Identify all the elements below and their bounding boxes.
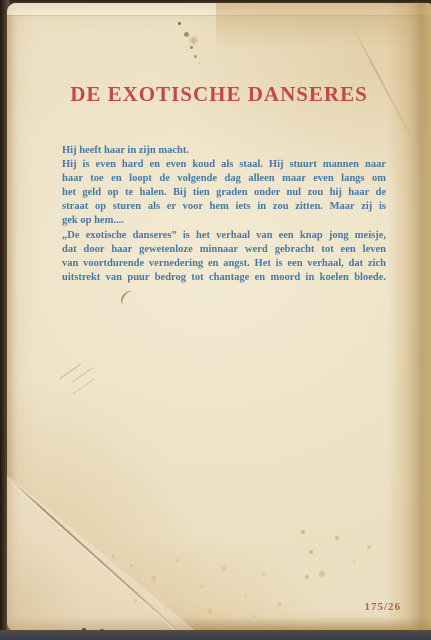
blurb-line: Hij heeft haar in zijn macht. xyxy=(62,144,386,158)
foxing-spots xyxy=(301,530,305,534)
photo-edge-bottom xyxy=(0,630,431,640)
book-title: DE EXOTISCHE DANSERES xyxy=(7,82,431,107)
blurb-line: Hij is even hard en even koud als staal.… xyxy=(62,158,386,172)
book-photo: DE EXOTISCHE DANSERES Hij heeft haar in … xyxy=(0,0,431,640)
blurb-paragraph: Hij is even hard en even koud als staal.… xyxy=(62,158,386,228)
pencil-scribble xyxy=(59,364,81,380)
blurb-line: het geld op te halen. Bij tien graden on… xyxy=(62,186,386,200)
blurb-line: gek op hem.... xyxy=(62,214,386,228)
corner-fold-highlight xyxy=(7,475,197,632)
blurb-line: uitstrekt van puur bedrog tot chantage e… xyxy=(62,271,386,285)
book-back-cover: DE EXOTISCHE DANSERES Hij heeft haar in … xyxy=(7,3,431,632)
foxing-speckles xyxy=(112,555,115,558)
blurb-line: van voortdurende vernedering en angst. H… xyxy=(62,257,386,271)
blurb-text: Hij heeft haar in zijn macht. Hij is eve… xyxy=(62,144,386,285)
stain-squiggle xyxy=(119,288,137,308)
blurb-paragraph: Hij heeft haar in zijn macht. xyxy=(62,144,386,158)
blurb-line: haar toe en loopt de volgende dag alleen… xyxy=(62,172,386,186)
blurb-line: dat door haar gewetenloze minnaar werd g… xyxy=(62,243,386,257)
stain-spots xyxy=(178,22,181,25)
blurb-paragraph: „De exotische danseres” is het verhaal v… xyxy=(62,229,386,285)
blurb-line: „De exotische danseres” is het verhaal v… xyxy=(62,229,386,243)
catalog-number: 175/26 xyxy=(364,601,401,613)
blurb-line: straat op sturen als er voor hem iets in… xyxy=(62,200,386,214)
